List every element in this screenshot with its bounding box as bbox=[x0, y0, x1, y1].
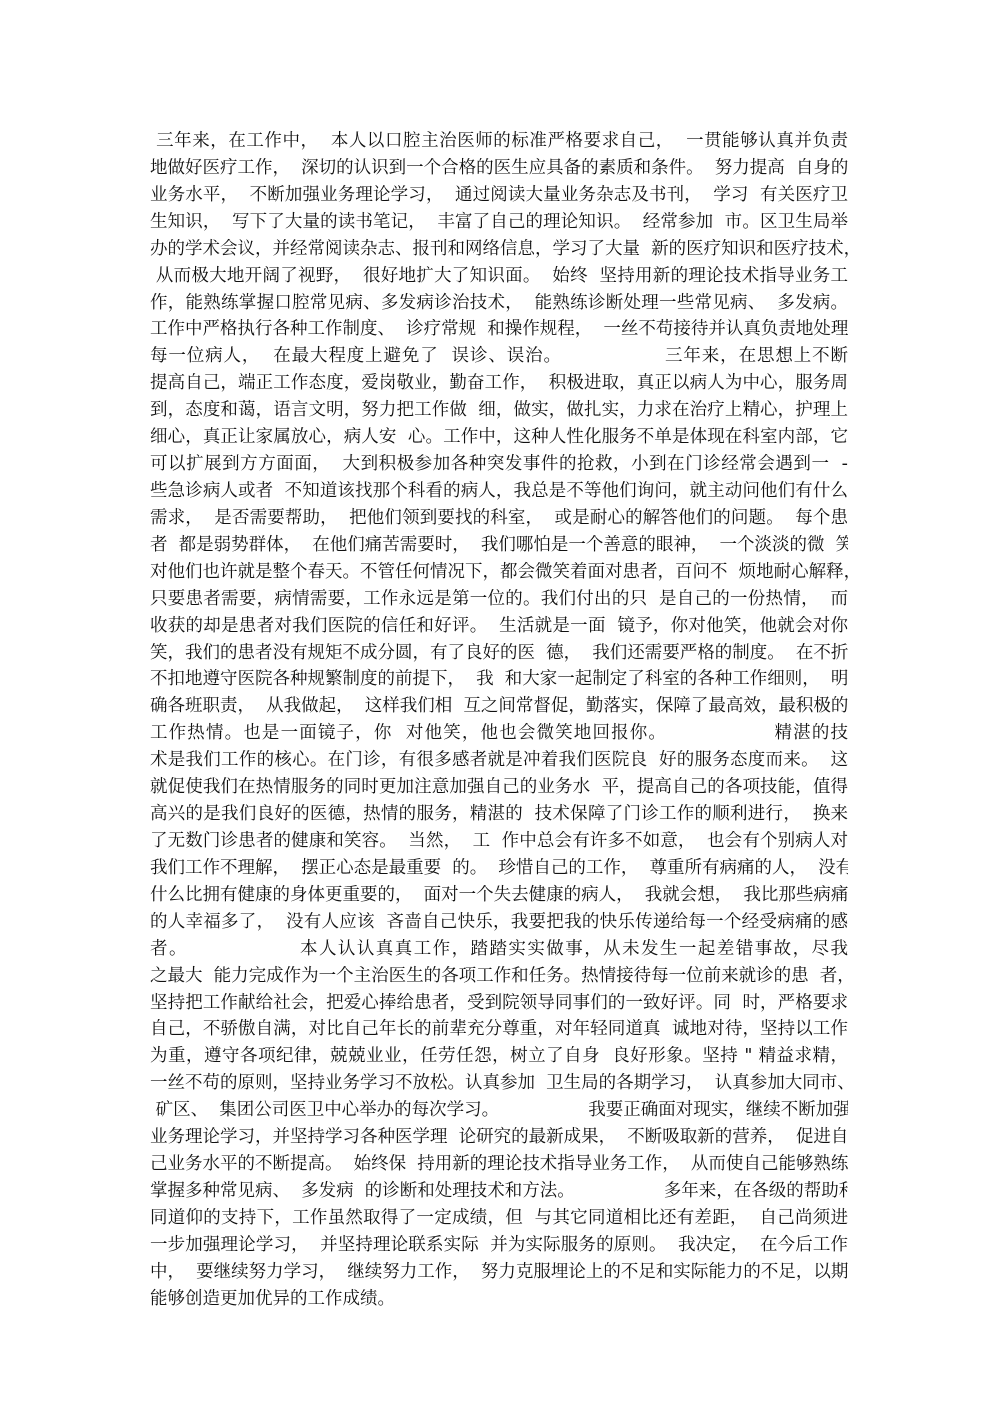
text-line: 中， 要继续努力学习， 继续努力工作， 努力克服埋论上的不足和实际能力的不足，以… bbox=[150, 1259, 848, 1286]
text-line: 工作热情。也是一面镜子，你 对他笑，他也会微笑地回报你。 精湛的技 bbox=[150, 720, 848, 747]
text-line: 确各班职责， 从我做起， 这样我们相 互之间常督促，勤落实，保障了最高效，最积极… bbox=[150, 693, 848, 720]
text-line: 者。 本人认认真真工作，踏踏实实做事，从未发生一起差错事故，尽我 bbox=[150, 936, 848, 963]
text-line: 只要患者需要，病情需要，工作永远是第一位的。我们付出的只 是自己的一份热情， 而 bbox=[150, 586, 848, 613]
text-line: 提高自己，端正工作态度，爱岗敬业，勤奋工作， 积极进取，真正以病人为中心，服务周 bbox=[150, 370, 848, 397]
text-line: 办的学术会议，并经常阅读杂志、报刊和网络信息，学习了大量 新的医疗知识和医疗技术… bbox=[150, 236, 848, 263]
text-line: 己业务水平的不断提高。 始终保 持用新的理论技术指导业务工作， 从而使自己能够熟… bbox=[150, 1151, 848, 1178]
text-line: 地做好医疗工作， 深切的认识到一个合格的医生应具备的素质和条件。 努力提高 自身… bbox=[150, 155, 848, 182]
text-line: 每一位病人， 在最大程度上避免了 误诊、误治。 三年来，在思想上不断 bbox=[150, 343, 848, 370]
text-line: 的人幸福多了， 没有人应该 吝啬自己快乐，我要把我的快乐传递给每一个经受病痛的感 bbox=[150, 909, 848, 936]
text-line: 作，能熟练掌握口腔常见病、多发病诊治技术， 能熟练诊断处理一些常见病、 多发病。 bbox=[150, 290, 848, 317]
body-text: 三年来，在工作中， 本人以口腔主治医师的标准严格要求自己， 一贯能够认真并负责地… bbox=[150, 128, 848, 1313]
text-line: 之最大 能力完成作为一个主治医生的各项工作和任务。热情接待每一位前来就诊的患 者… bbox=[150, 963, 848, 990]
text-line: 业务水平， 不断加强业务理论学习， 通过阅读大量业务杂志及书刊， 学习 有关医疗… bbox=[150, 182, 848, 209]
text-line: 我们工作不理解， 摆正心态是最重要 的。 珍惜自己的工作， 尊重所有病痛的人， … bbox=[150, 855, 848, 882]
text-line: 一步加强理论学习， 并坚持理论联系实际 并为实际服务的原则。 我决定， 在今后工… bbox=[150, 1232, 848, 1259]
text-line: 细心，真正让家属放心，病人安 心。工作中，这种人性化服务不单是体现在科室内部，它 bbox=[150, 424, 848, 451]
text-line: 者 都是弱势群体， 在他们痛苦需要时， 我们哪怕是一个善意的眼神， 一个淡淡的微… bbox=[150, 532, 848, 559]
text-line: 为重，遵守各项纪律，兢兢业业，任劳任怨，树立了自身 良好形象。坚持 " 精益求精… bbox=[150, 1043, 848, 1070]
text-line: 一丝不苟的原则，坚持业务学习不放松。认真参加 卫生局的各期学习， 认真参加大同市… bbox=[150, 1070, 848, 1097]
text-line: 了无数门诊患者的健康和笑容。 当然， 工 作中总会有许多不如意， 也会有个别病人… bbox=[150, 828, 848, 855]
text-line: 不扣地遵守医院各种规繁制度的前提下， 我 和大家一起制定了科室的各种工作细则， … bbox=[150, 666, 848, 693]
text-line: 收获的却是患者对我们医院的信任和好评。 生活就是一面 镜予，你对他笑，他就会对你 bbox=[150, 613, 848, 640]
text-line: 术是我们工作的核心。在门诊，有很多感者就是冲着我们医院良 好的服务态度而来。 这 bbox=[150, 747, 848, 774]
text-line: 三年来，在工作中， 本人以口腔主治医师的标准严格要求自己， 一贯能够认真并负责 bbox=[150, 128, 848, 155]
text-line: 就促使我们在热情服务的同时更加注意加强自己的业务水 平，提高自己的各项技能，值得 bbox=[150, 774, 848, 801]
text-line: 坚持把工作献给社会，把爱心捧给患者，受到院领导同事们的一致好评。同 时，严格要求 bbox=[150, 990, 848, 1017]
text-line: 到，态度和蔼，语言文明，努力把工作做 细，做实，做扎实，力求在治疗上精心，护理上 bbox=[150, 397, 848, 424]
document-page: 三年来，在工作中， 本人以口腔主治医师的标准严格要求自己， 一贯能够认真并负责地… bbox=[0, 0, 1000, 1415]
text-line: 从而极大地开阔了视野， 很好地扩大了知识面。 始终 坚持用新的理论技术指导业务工 bbox=[150, 263, 848, 290]
text-line: 能够创造更加优异的工作成绩。 bbox=[150, 1286, 848, 1313]
text-line: 些急诊病人或者 不知道该找那个科看的病人，我总是不等他们询问，就主动问他们有什么 bbox=[150, 478, 848, 505]
text-line: 矿区、 集团公司医卫中心举办的每次学习。 我要正确面对现实，继续不断加强 bbox=[150, 1097, 848, 1124]
text-line: 对他们也许就是整个春天。不管任何情况下，都会微笑着面对患者，百问不 烦地耐心解释… bbox=[150, 559, 848, 586]
text-line: 同道仰的支持下，工作虽然取得了一定成绩，但 与其它同道相比还有差距， 自己尚须进 bbox=[150, 1205, 848, 1232]
text-line: 工作中严格执行各种工作制度、 诊疗常规 和操作规程， 一丝不苟接待并认真负责地处… bbox=[150, 316, 848, 343]
text-line: 需求， 是否需要帮助， 把他们领到要找的科室， 或是耐心的解答他们的问题。 每个… bbox=[150, 505, 848, 532]
text-line: 可以扩展到方方面面， 大到积极参加各种突发事件的抢救，小到在门诊经常会遇到一 - bbox=[150, 451, 848, 478]
text-line: 什么比拥有健康的身体更重要的， 面对一个失去健康的病人， 我就会想， 我比那些病… bbox=[150, 882, 848, 909]
text-line: 笑，我们的患者没有规矩不成分圆，有了良好的医 德， 我们还需要严格的制度。 在不… bbox=[150, 640, 848, 667]
text-line: 高兴的是我们良好的医德，热情的服务，精湛的 技术保障了门诊工作的顺利进行， 换来 bbox=[150, 801, 848, 828]
text-line: 掌握多种常见病、 多发病 的诊断和处理技术和方法。 多年来，在各级的帮助和 bbox=[150, 1178, 848, 1205]
text-line: 生知识， 写下了大量的读书笔记， 丰富了自己的理论知识。 经常参加 市。区卫生局… bbox=[150, 209, 848, 236]
text-line: 业务理论学习，并坚持学习各种医学理 论研究的最新成果， 不断吸取新的营养， 促进… bbox=[150, 1124, 848, 1151]
text-line: 自己，不骄傲自满，对比自己年长的前辈充分尊重，对年轻同道真 诚地对待，坚持以工作 bbox=[150, 1016, 848, 1043]
